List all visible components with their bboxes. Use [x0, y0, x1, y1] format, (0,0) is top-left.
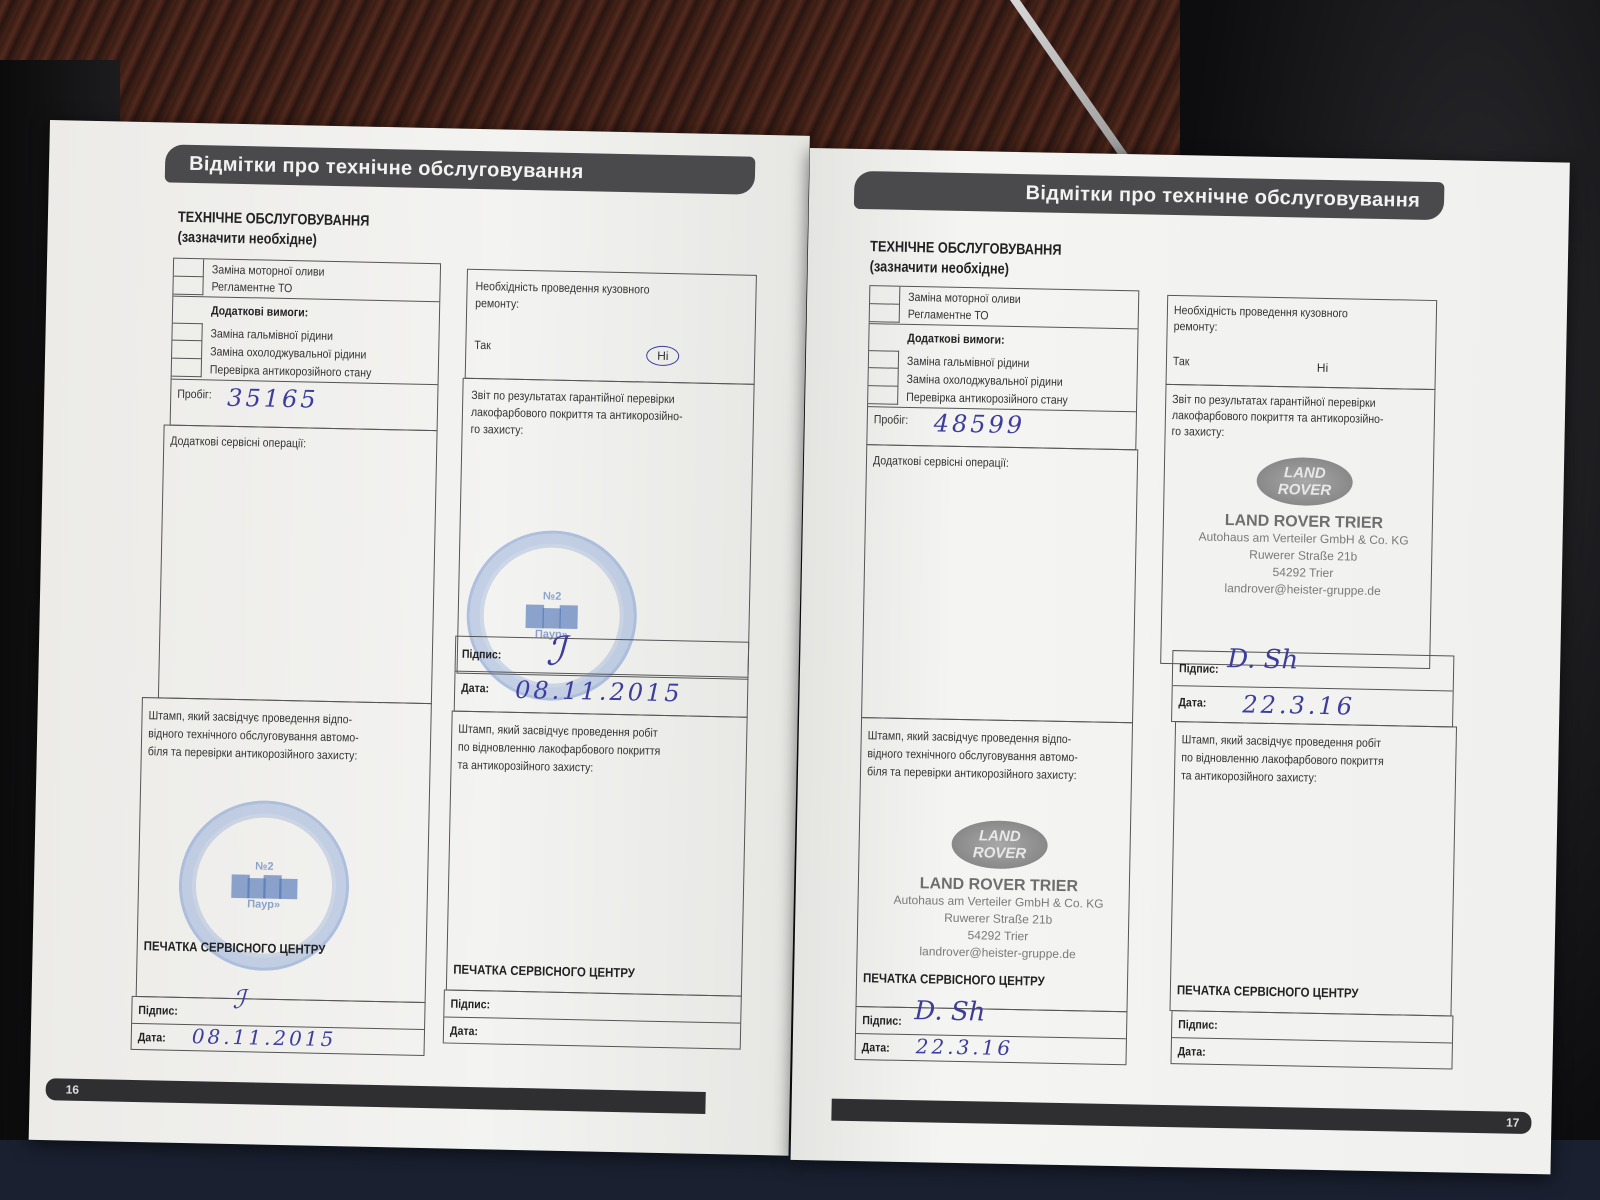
signature-scribble: ℐ [545, 629, 565, 675]
page-header-bar: Відмітки про технічне обслуговування [165, 144, 756, 194]
service-stamp-box: Штамп, який засвідчує проведення відпо- … [856, 717, 1134, 1012]
paint-report-box[interactable]: Звіт по результатах гарантійної перевірк… [1160, 384, 1435, 669]
signature-scribble: ℐ [232, 985, 245, 1015]
body-repair-box: Необхідність проведення кузовного ремонт… [465, 269, 757, 385]
mileage-label: Пробіг: [874, 412, 913, 427]
paint-stamp-box: Штамп, який засвідчує проведення робіт п… [1169, 721, 1457, 1016]
paint-signature-date: Підпис: D. Sh Дата: 22.3.16 [1171, 650, 1454, 727]
page-header-bar: Відмітки про технічне обслуговування [854, 171, 1445, 220]
paint-signature-date: Підпис: ℐ Дата: 08.11.2015 [454, 636, 750, 718]
page-header-title: Відмітки про технічне обслуговування [189, 152, 584, 183]
page-number: 17 [1506, 1116, 1520, 1130]
checkbox-scheduled-to[interactable] [173, 277, 203, 296]
body-repair-box: Необхідність проведення кузовного ремонт… [1166, 295, 1438, 390]
maintenance-checklist-box: Заміна моторної оливи Регламентне ТО Дод… [170, 258, 441, 432]
checkbox-anticorrosion[interactable] [868, 386, 898, 405]
page-footer-bar: 17 [831, 1099, 1531, 1134]
signature-scribble: D. Sh [914, 996, 986, 1027]
dealer-stamp: LAND ROVER LAND ROVER TRIER Autohaus am … [1172, 455, 1435, 601]
service-signature-date: Підпис: D. Sh Дата: 22.3.16 [854, 1006, 1127, 1065]
maintenance-checklist-box: Заміна моторної оливи Регламентне ТО Дод… [866, 285, 1139, 450]
mileage-value[interactable]: 35165 [227, 384, 319, 414]
page-footer-bar: 16 [45, 1078, 705, 1114]
additional-operations-box[interactable]: Додаткові сервісні операції: [158, 424, 438, 704]
checkbox-coolant[interactable] [172, 341, 202, 360]
checkbox-brake-fluid[interactable] [172, 323, 202, 342]
land-rover-logo: LAND ROVER [1256, 457, 1353, 507]
page-header-title: Відмітки про технічне обслуговування [1025, 182, 1420, 213]
paint-stamp-box: Штамп, який засвідчує проведення робіт п… [446, 711, 748, 997]
body-repair-no-circled[interactable]: Ні [646, 346, 680, 367]
checkbox-scheduled-to[interactable] [870, 304, 900, 323]
service-stamp-box: Штамп, який засвідчує проведення відпо- … [136, 697, 432, 1003]
page-number: 16 [66, 1083, 80, 1097]
section-title: ТЕХНІЧНЕ ОБСЛУГОВУВАННЯ (зазначити необх… [177, 208, 369, 252]
paint-stamp-signature-date: Підпис: Дата: [1170, 1010, 1453, 1069]
right-page: Відмітки про технічне обслуговування ТЕХ… [791, 148, 1570, 1174]
left-page: Відмітки про технічне обслуговування ТЕХ… [29, 120, 810, 1156]
paint-report-box[interactable]: Звіт по результатах гарантійної перевірк… [456, 378, 754, 680]
mileage-label: Пробіг: [177, 387, 217, 402]
mileage-value[interactable]: 48599 [933, 409, 1025, 439]
paint-date-value[interactable]: 08.11.2015 [515, 676, 683, 708]
land-rover-logo: LAND ROVER [951, 820, 1048, 870]
checkbox-coolant[interactable] [868, 368, 898, 387]
signature-scribble: D. Sh [1227, 644, 1299, 675]
checkbox-oil-change[interactable] [870, 286, 900, 305]
paint-stamp-signature-date: Підпис: Дата: [443, 989, 742, 1049]
service-date-value[interactable]: 22.3.16 [916, 1034, 1014, 1060]
checkbox-oil-change[interactable] [174, 259, 204, 278]
service-signature-date: Підпис: ℐ Дата: 08.11.2015 [131, 996, 426, 1056]
body-repair-no[interactable]: Ні [1317, 361, 1329, 375]
checkbox-anticorrosion[interactable] [172, 359, 202, 378]
dealer-stamp: LAND ROVER LAND ROVER TRIER Autohaus am … [867, 818, 1130, 964]
section-title: ТЕХНІЧНЕ ОБСЛУГОВУВАННЯ (зазначити необх… [870, 237, 1062, 281]
checkbox-brake-fluid[interactable] [869, 350, 899, 369]
additional-operations-box[interactable]: Додаткові сервісні операції: [861, 444, 1138, 723]
service-date-value[interactable]: 08.11.2015 [192, 1024, 337, 1051]
paint-date-value[interactable]: 22.3.16 [1242, 690, 1355, 720]
